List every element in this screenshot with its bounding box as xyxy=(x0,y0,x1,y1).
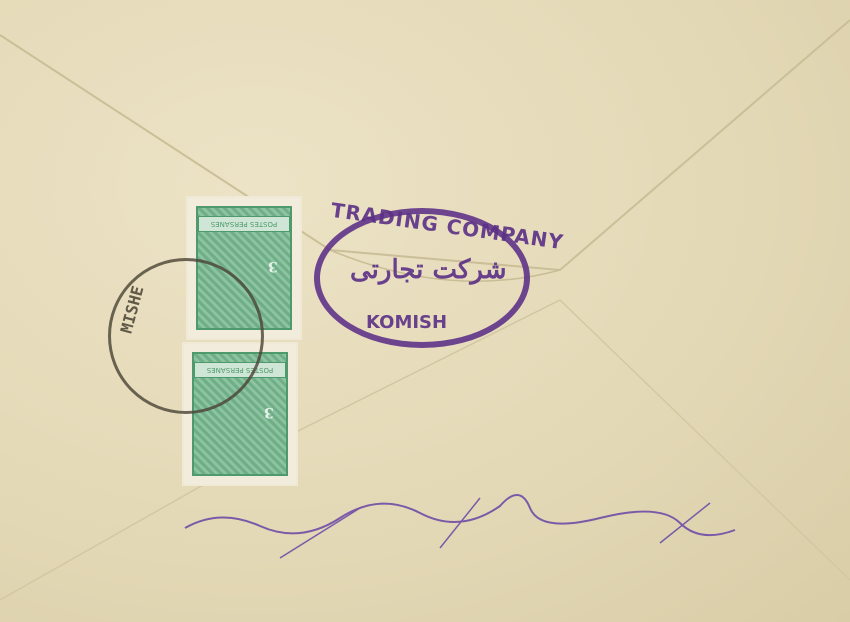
handwritten-script xyxy=(180,488,740,568)
stamp-denomination: 3 xyxy=(268,258,278,274)
handstamp-center-text: شرکت تجارتی xyxy=(350,255,507,285)
envelope-back: POSTES PERSANES 3 POSTES PERSANES 3 MISH… xyxy=(0,0,850,622)
handstamp-bottom-text: KOMISH xyxy=(366,312,447,333)
postmark-circle xyxy=(108,258,264,414)
stamp-denomination: 3 xyxy=(264,404,274,420)
